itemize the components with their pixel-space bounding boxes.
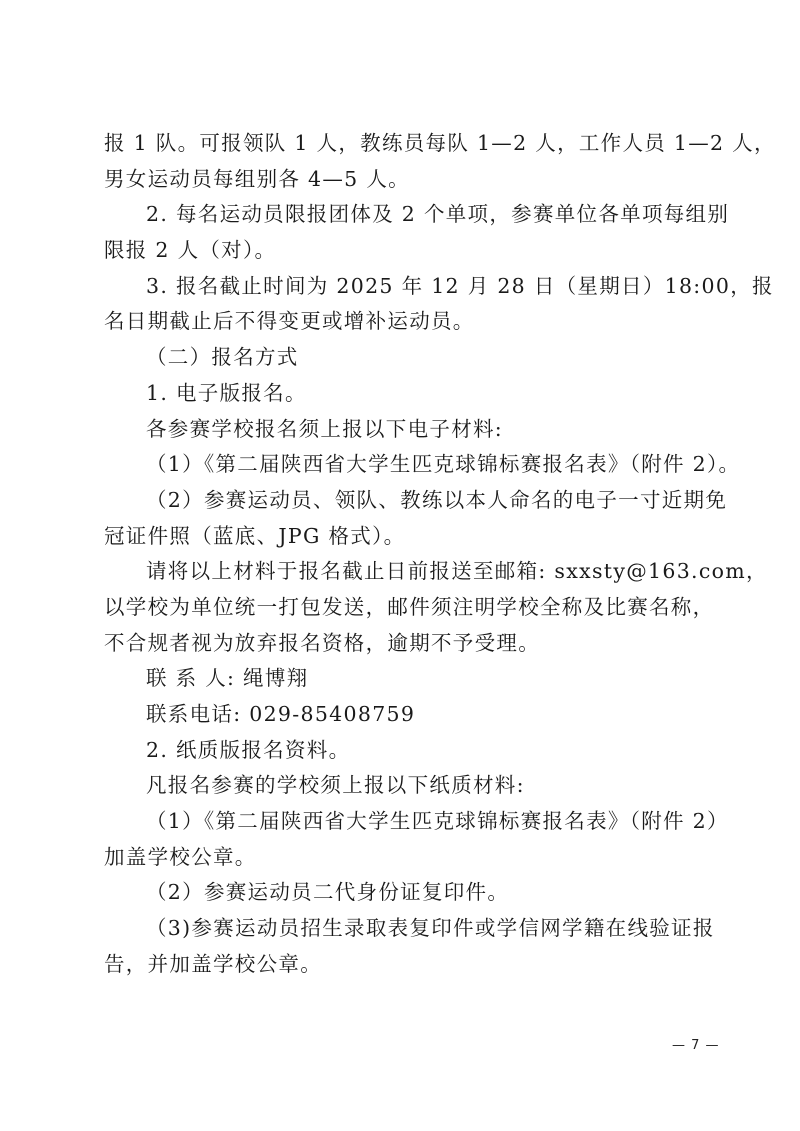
subsection-heading: 1. 电子版报名。 bbox=[104, 376, 704, 412]
text-line: 以学校为单位统一打包发送，邮件须注明学校全称及比赛名称， bbox=[104, 590, 704, 626]
text-line: 凡报名参赛的学校须上报以下纸质材料: bbox=[104, 768, 704, 804]
email-instruction: 请将以上材料于报名截止日前报送至邮箱: sxxsty@163.com， bbox=[104, 554, 704, 590]
list-item: （2）参赛运动员二代身份证复印件。 bbox=[104, 875, 704, 911]
document-body: 报 1 队。可报领队 1 人，教练员每队 1—2 人，工作人员 1—2 人， 男… bbox=[104, 126, 704, 983]
page-number: — 7 — bbox=[672, 1038, 720, 1053]
list-item: （2）参赛运动员、领队、教练以本人命名的电子一寸近期免 bbox=[104, 483, 704, 519]
subsection-heading: 2. 纸质版报名资料。 bbox=[104, 733, 704, 769]
list-item: （1）《第二届陕西省大学生匹克球锦标赛报名表》（附件 2）。 bbox=[104, 447, 704, 483]
text-line: 3. 报名截止时间为 2025 年 12 月 28 日（星期日）18:00，报 bbox=[104, 269, 704, 305]
text-line: 限报 2 人（对）。 bbox=[104, 233, 704, 269]
text-line: 各参赛学校报名须上报以下电子材料: bbox=[104, 412, 704, 448]
text-line: 加盖学校公章。 bbox=[104, 840, 704, 876]
text-line: 不合规者视为放弃报名资格，逾期不予受理。 bbox=[104, 626, 704, 662]
list-item: （1）《第二届陕西省大学生匹克球锦标赛报名表》（附件 2） bbox=[104, 804, 704, 840]
text-line: 名日期截止后不得变更或增补运动员。 bbox=[104, 304, 704, 340]
contact-phone: 联系电话: 029-85408759 bbox=[104, 697, 704, 733]
text-line: 男女运动员每组别各 4—5 人。 bbox=[104, 162, 704, 198]
text-line: 冠证件照（蓝底、JPG 格式）。 bbox=[104, 519, 704, 555]
section-heading: （二）报名方式 bbox=[104, 340, 704, 376]
text-line: 告，并加盖学校公章。 bbox=[104, 947, 704, 983]
text-line: 报 1 队。可报领队 1 人，教练员每队 1—2 人，工作人员 1—2 人， bbox=[104, 126, 704, 162]
list-item: （3)参赛运动员招生录取表复印件或学信网学籍在线验证报 bbox=[104, 911, 704, 947]
text-line: 2. 每名运动员限报团体及 2 个单项，参赛单位各单项每组别 bbox=[104, 197, 704, 233]
contact-person: 联 系 人: 绳博翔 bbox=[104, 661, 704, 697]
